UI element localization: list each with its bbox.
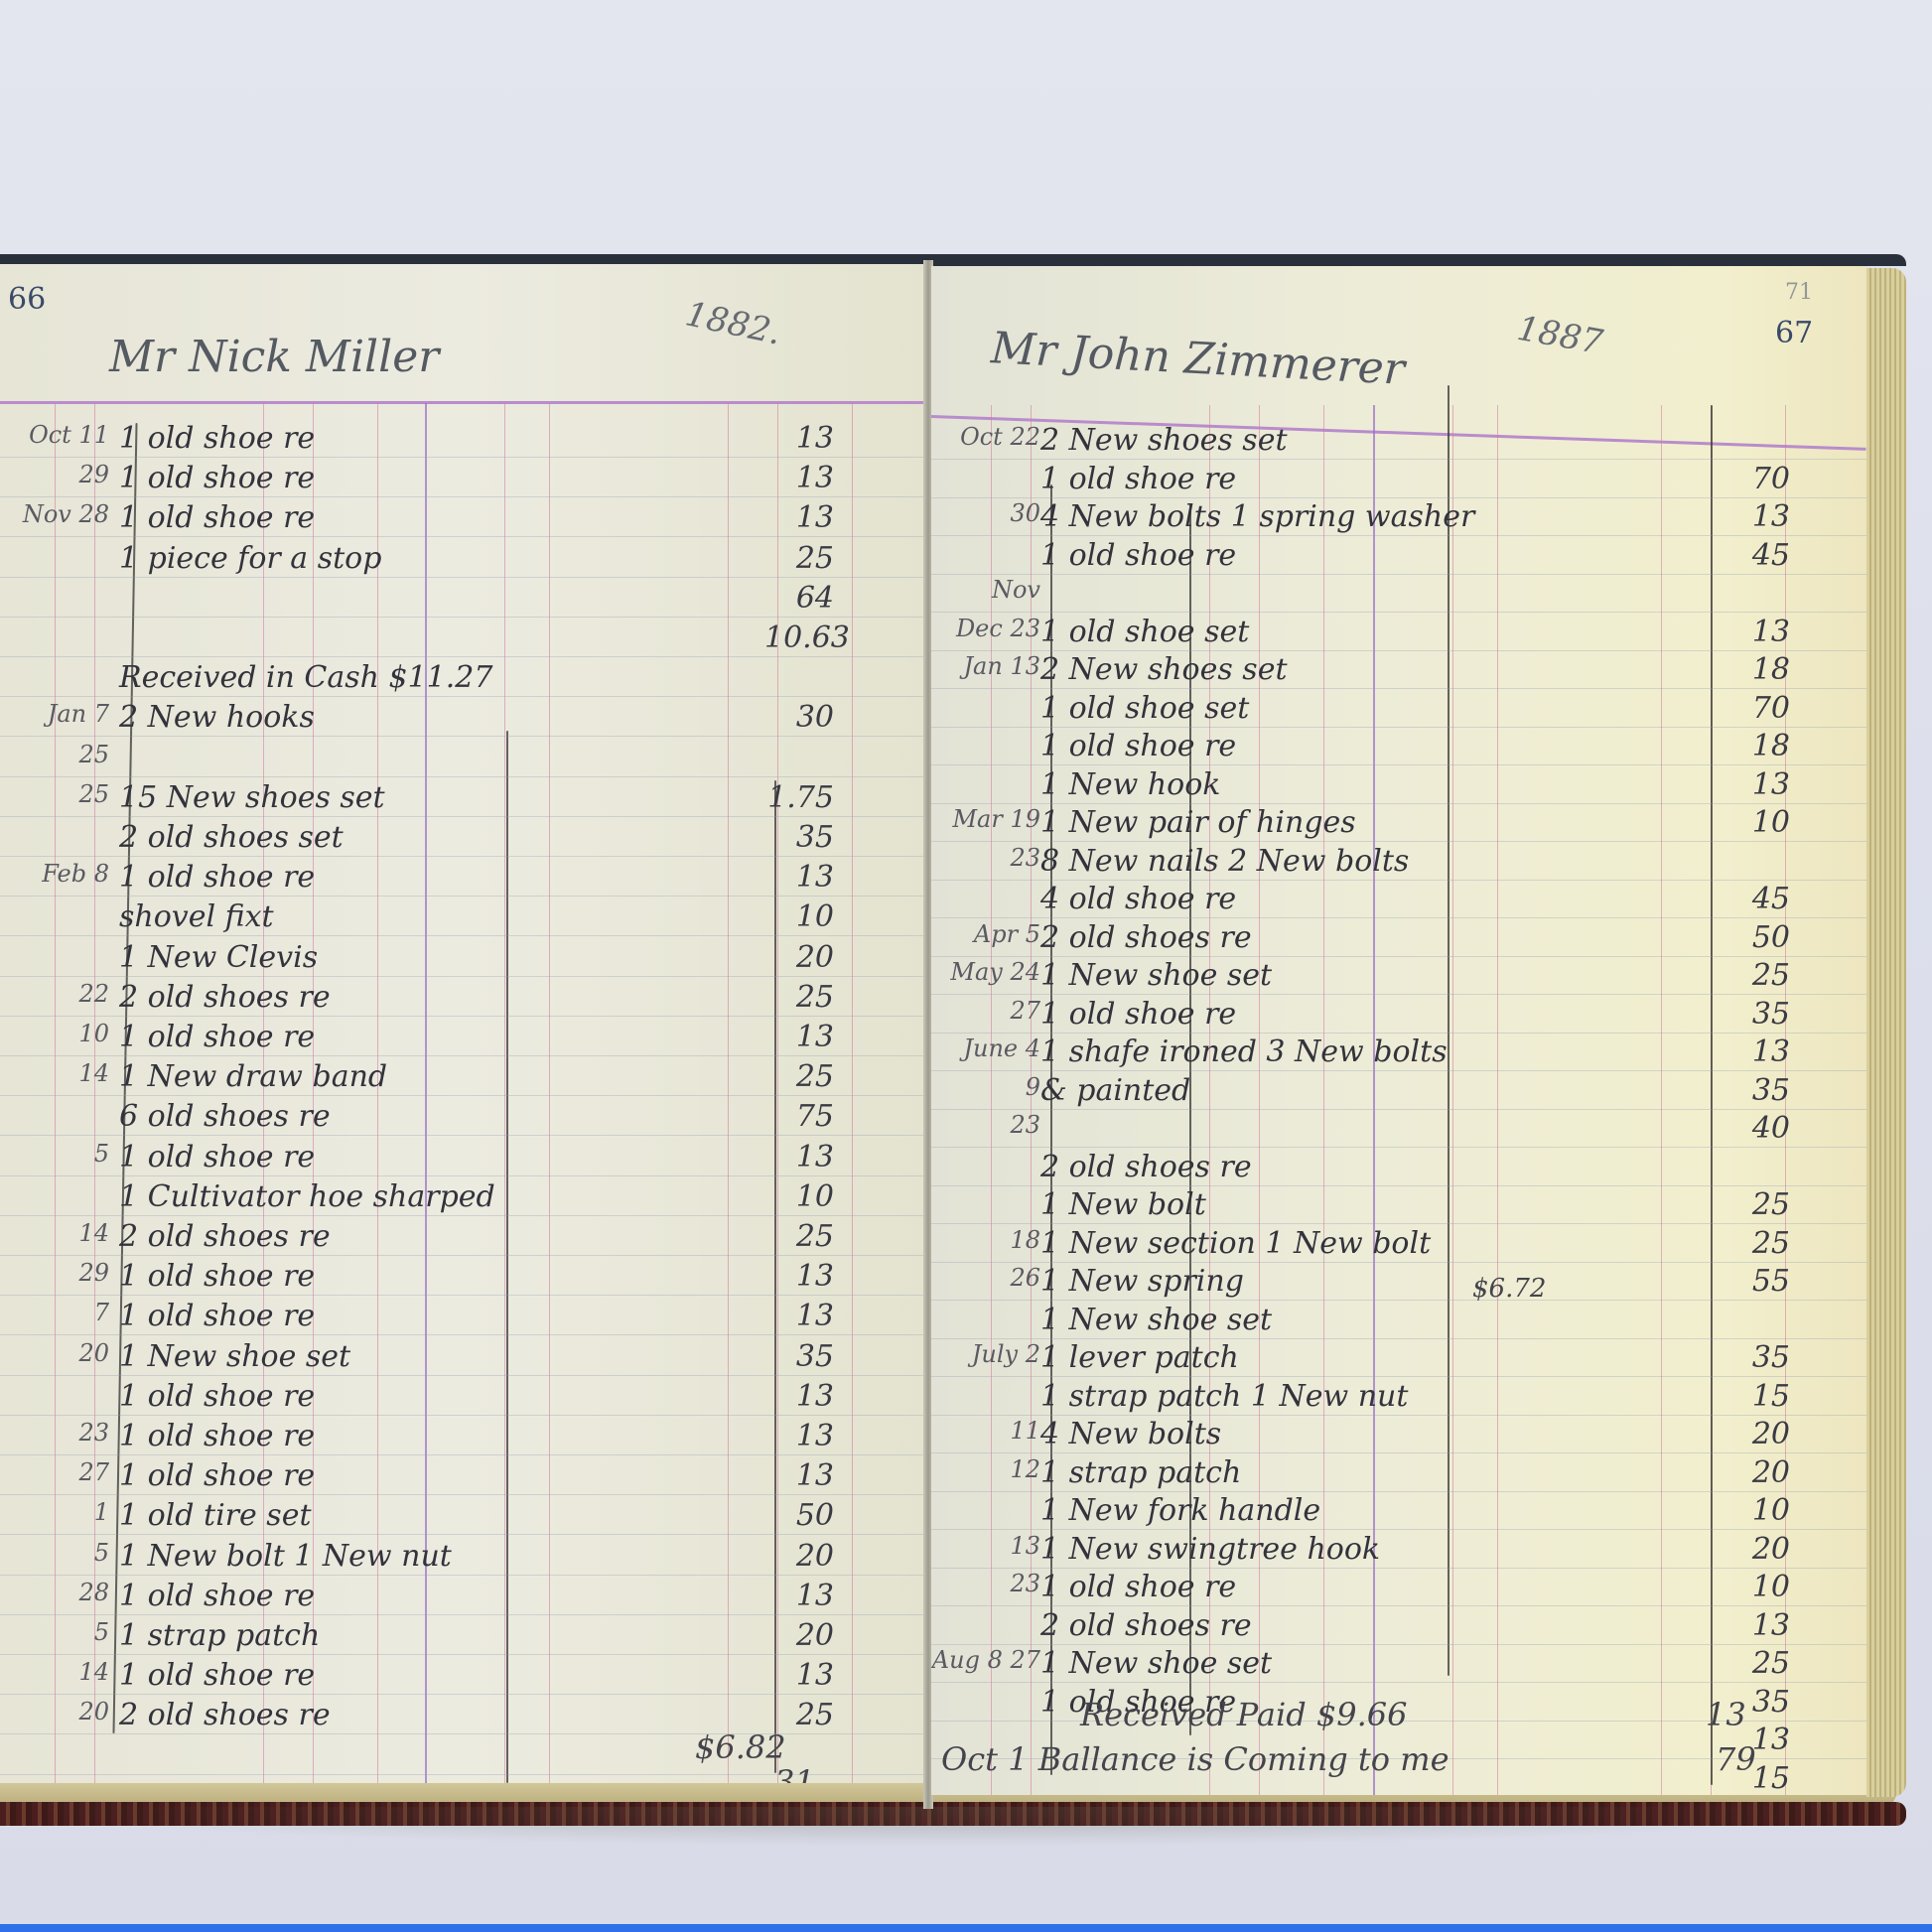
entry-amount: 35 — [764, 820, 834, 855]
entry-date: 26 — [931, 1264, 1040, 1292]
ledger-entry: 291 old shoe re13 — [0, 461, 928, 500]
entry-desc: 1 old shoe re — [119, 1419, 315, 1453]
ledger-entry: 114 New bolts20 — [931, 1417, 1866, 1456]
entry-desc: 1 old shoe re — [119, 421, 315, 456]
entry-amount: 13 — [1721, 767, 1790, 802]
account-name: Mr Nick Miller — [109, 332, 439, 382]
entry-desc: 2 old shoes re — [119, 1698, 331, 1732]
entry-amount: 25 — [764, 1059, 834, 1094]
entry-date: 7 — [0, 1299, 109, 1326]
ledger-entry: 1 strap patch 1 New nut15 — [931, 1379, 1866, 1419]
entry-amount: 13 — [764, 1419, 834, 1453]
entry-desc: 4 old shoe re — [1040, 882, 1236, 916]
ledger-entry: Apr 52 old shoes re50 — [931, 920, 1866, 960]
ledger-entry: 2515 New shoes set1.75 — [0, 780, 928, 820]
entry-desc: 1 New bolt 1 New nut — [119, 1539, 452, 1574]
ledger-entry: 71 old shoe re13 — [0, 1299, 928, 1338]
entry-amount: 20 — [1721, 1417, 1790, 1451]
entry-date: 27 — [931, 997, 1040, 1025]
entry-amount: 13 — [764, 1458, 834, 1493]
ledger-entry: 2 old shoes set35 — [0, 820, 928, 860]
entry-amount: 13 — [764, 1379, 834, 1414]
received-paid: Received Paid $9.66 — [1080, 1696, 1407, 1733]
entry-amount: 13 — [764, 1140, 834, 1174]
ledger-entry: May 241 New shoe set25 — [931, 958, 1866, 998]
entry-amount: 25 — [1721, 1187, 1790, 1222]
entry-desc: 1 old shoe set — [1040, 691, 1249, 726]
entry-amount: 20 — [764, 1539, 834, 1574]
page-number: 66 — [8, 282, 46, 317]
entry-desc: 1 New spring — [1040, 1264, 1244, 1299]
ledger-entry: 11 old tire set50 — [0, 1498, 928, 1538]
entry-desc: 2 old shoes re — [1040, 920, 1252, 955]
entry-desc: 1 lever patch — [1040, 1340, 1239, 1375]
entry-date: 1 — [0, 1498, 109, 1526]
entry-date: 30 — [931, 499, 1040, 527]
entry-desc: 1 old shoe re — [1040, 538, 1236, 573]
entry-amount: 13 — [1721, 1035, 1790, 1069]
ledger-entry: 101 old shoe re13 — [0, 1020, 928, 1059]
ledger-entry: 1 old shoe re45 — [931, 538, 1866, 578]
entry-date: Jan 7 — [0, 700, 109, 728]
entry-desc: 1 New section 1 New bolt — [1040, 1226, 1431, 1261]
entry-desc: 1 New hook — [1040, 767, 1220, 802]
entry-date: 20 — [0, 1698, 109, 1725]
page-number: 67 — [1775, 316, 1813, 350]
entry-amount: 45 — [1721, 538, 1790, 573]
entry-amount: 10.63 — [764, 621, 834, 655]
entry-desc: 1 New shoe set — [1040, 958, 1272, 993]
ledger-entry: 1 New shoe set — [931, 1303, 1866, 1342]
entry-desc: 1 old shoe re — [119, 1658, 315, 1693]
entry-desc: 1 New shoe set — [119, 1339, 350, 1374]
book-shadow — [0, 1807, 1886, 1847]
ledger-entry: 4 old shoe re45 — [931, 882, 1866, 921]
entry-amount: 50 — [764, 1498, 834, 1533]
ledger-entry: 1 piece for a stop25 — [0, 541, 928, 581]
entry-date: Feb 8 — [0, 860, 109, 888]
entry-desc: 2 New shoes set — [1040, 652, 1288, 687]
entry-desc: 1 New shoe set — [1040, 1646, 1272, 1681]
ledger-entry: 281 old shoe re13 — [0, 1579, 928, 1618]
ledger-entry: 121 strap patch20 — [931, 1455, 1866, 1495]
ledger-entry: 51 old shoe re13 — [0, 1140, 928, 1179]
entry-amount: 35 — [764, 1339, 834, 1374]
header-rule — [0, 401, 928, 404]
entry-date: 23 — [931, 844, 1040, 872]
ledger-entry: 10.63 — [0, 621, 928, 660]
entry-desc: 1 strap patch — [1040, 1455, 1241, 1490]
year: 1882. — [682, 294, 785, 352]
ledger-entry: Jan 72 New hooks30 — [0, 700, 928, 740]
total: $6.82 — [695, 1728, 786, 1766]
ledger-entry: June 41 shafe ironed 3 New bolts13 — [931, 1035, 1866, 1074]
entry-desc: 1 old shoe re — [119, 500, 315, 535]
entry-desc: 1 New pair of hinges — [1040, 805, 1356, 840]
ledger-entry: Received in Cash $11.27 — [0, 660, 928, 700]
entry-amount: 25 — [1721, 1226, 1790, 1261]
ledger-entry: 271 old shoe re13 — [0, 1458, 928, 1498]
entry-desc: 1 old shoe re — [119, 1579, 315, 1613]
entry-desc: 1 old shoe re — [1040, 1570, 1236, 1604]
entry-amount: 10 — [1721, 805, 1790, 840]
entry-desc: 1 old shoe re — [119, 1299, 315, 1333]
entry-desc: 2 New shoes set — [1040, 423, 1288, 458]
entry-date: 13 — [931, 1532, 1040, 1560]
entry-amount: 15 — [1721, 1379, 1790, 1414]
entry-desc: 1 New bolt — [1040, 1187, 1206, 1222]
entry-desc: 1 New draw band — [119, 1059, 387, 1094]
entry-desc: 1 piece for a stop — [119, 541, 381, 576]
entry-date: 12 — [931, 1455, 1040, 1483]
entry-amount: 40 — [1721, 1111, 1790, 1146]
entry-desc: 1 New shoe set — [1040, 1303, 1272, 1337]
entry-amount: 55 — [1721, 1264, 1790, 1299]
entry-date: 22 — [0, 980, 109, 1008]
entry-date: 5 — [0, 1539, 109, 1567]
ledger-entry: 131 New swingtree hook20 — [931, 1532, 1866, 1572]
entry-amount: 25 — [764, 980, 834, 1015]
year: 1887 — [1514, 309, 1605, 362]
entry-date: 14 — [0, 1059, 109, 1087]
ledger-entry: Dec 231 old shoe set13 — [931, 615, 1866, 654]
entry-desc: 1 old shoe re — [1040, 729, 1236, 763]
entry-date: 5 — [0, 1140, 109, 1168]
entry-desc: 2 old shoes set — [119, 820, 344, 855]
entry-desc: 6 old shoes re — [119, 1099, 331, 1134]
entry-date: Apr 5 — [931, 920, 1040, 948]
ledger-entry: Feb 81 old shoe re13 — [0, 860, 928, 899]
entry-amount: 13 — [1721, 499, 1790, 534]
balance-amount: 79 — [1716, 1740, 1756, 1778]
entry-amount: 13 — [764, 421, 834, 456]
ledger-entry: 1 Cultivator hoe sharped10 — [0, 1179, 928, 1219]
next-page-number: 71 — [1785, 280, 1813, 305]
entry-amount: 25 — [1721, 958, 1790, 993]
ledger-entry: 238 New nails 2 New bolts — [931, 844, 1866, 884]
ledger-entry: 1 old shoe re70 — [931, 462, 1866, 501]
entry-amount: 20 — [1721, 1455, 1790, 1490]
entry-date: 10 — [0, 1020, 109, 1047]
ledger-entry: Nov — [931, 576, 1866, 616]
entry-date: 28 — [0, 1579, 109, 1606]
entry-date: Aug 8 27 — [931, 1646, 1040, 1674]
received-amount: 13 — [1706, 1696, 1746, 1733]
entry-date: 23 — [931, 1111, 1040, 1139]
entry-date: Dec 23 — [931, 615, 1040, 642]
entry-date: Mar 19 — [931, 805, 1040, 833]
entry-amount: 20 — [764, 1618, 834, 1653]
ledger-entry: shovel fixt10 — [0, 899, 928, 939]
entry-date: 27 — [0, 1458, 109, 1486]
entry-amount: 20 — [764, 940, 834, 975]
ledger-entry: 181 New section 1 New bolt25 — [931, 1226, 1866, 1266]
entry-desc: 1 strap patch — [119, 1618, 320, 1653]
entry-amount: 13 — [764, 1579, 834, 1613]
entry-amount: 13 — [764, 1658, 834, 1693]
entry-date: 20 — [0, 1339, 109, 1367]
ledger-entry: Nov 281 old shoe re13 — [0, 500, 928, 540]
entry-desc: 1 old shoe re — [119, 1259, 315, 1294]
ledger-entry: Jan 132 New shoes set18 — [931, 652, 1866, 692]
page-edges-right — [1866, 268, 1906, 1797]
entry-desc: 1 strap patch 1 New nut — [1040, 1379, 1408, 1414]
entry-amount: 10 — [764, 899, 834, 934]
entry-amount: 70 — [1721, 691, 1790, 726]
ledger-entry: 261 New spring55 — [931, 1264, 1866, 1304]
ledger-entry: Oct 222 New shoes set — [931, 423, 1866, 463]
entry-desc: 1 old shoe re — [119, 461, 315, 495]
entry-date: May 24 — [931, 958, 1040, 986]
entry-amount: 10 — [1721, 1570, 1790, 1604]
entry-amount: 1.75 — [764, 780, 834, 815]
ledger-entry: 1 New Clevis20 — [0, 940, 928, 980]
balance-note: Oct 1 Ballance is Coming to me — [941, 1740, 1449, 1778]
ledger-entry: Oct 111 old shoe re13 — [0, 421, 928, 461]
entry-date: 25 — [0, 741, 109, 768]
entry-desc: Received in Cash $11.27 — [119, 660, 492, 695]
ledger-entry: 9& painted35 — [931, 1073, 1866, 1113]
entry-amount: 20 — [1721, 1532, 1790, 1567]
entry-desc: 2 old shoes re — [119, 980, 331, 1015]
ledger-entry: 1 old shoe re18 — [931, 729, 1866, 768]
entry-amount: 25 — [764, 1219, 834, 1254]
entry-desc: 2 old shoes re — [1040, 1150, 1252, 1184]
ledger-entry: Mar 191 New pair of hinges10 — [931, 805, 1866, 845]
bottom-bar — [0, 1924, 1932, 1932]
ledger-entry: 291 old shoe re13 — [0, 1259, 928, 1299]
ledger-entry: 304 New bolts 1 spring washer13 — [931, 499, 1866, 539]
entry-amount: 13 — [1721, 615, 1790, 649]
entry-amount: 30 — [764, 700, 834, 735]
left-page: 66 1882. Mr Nick Miller Oct 111 old shoe… — [0, 264, 928, 1783]
ledger-entry: 64 — [0, 581, 928, 621]
entry-amount: 35 — [1721, 997, 1790, 1032]
entry-desc: 1 old shoe re — [119, 1140, 315, 1174]
entry-desc: 1 old shoe re — [119, 1379, 315, 1414]
entry-date: Nov 28 — [0, 500, 109, 528]
entry-date: 29 — [0, 1259, 109, 1287]
entry-amount: 45 — [1721, 882, 1790, 916]
ledger-entry: 2340 — [931, 1111, 1866, 1151]
entry-date: Nov — [931, 576, 1040, 604]
entry-desc: & painted — [1040, 1073, 1190, 1108]
ledger-entry: 141 old shoe re13 — [0, 1658, 928, 1698]
entry-amount: 13 — [764, 500, 834, 535]
entry-desc: 1 old shoe re — [119, 860, 315, 895]
deduction: 31 — [774, 1763, 815, 1783]
entry-desc: 1 New swingtree hook — [1040, 1532, 1380, 1567]
ledger-entry: 51 New bolt 1 New nut20 — [0, 1539, 928, 1579]
entry-desc: 2 New hooks — [119, 700, 315, 735]
entry-desc: 1 old shoe re — [1040, 462, 1236, 496]
entry-amount: 25 — [1721, 1646, 1790, 1681]
entry-date: 5 — [0, 1618, 109, 1646]
entry-desc: 1 old shoe re — [119, 1458, 315, 1493]
entry-desc: 1 New fork handle — [1040, 1493, 1320, 1528]
ledger-entry: 51 strap patch20 — [0, 1618, 928, 1658]
entry-amount: 13 — [764, 860, 834, 895]
entry-date: June 4 — [931, 1035, 1040, 1062]
entry-date: July 2 — [931, 1340, 1040, 1368]
entry-amount: 10 — [1721, 1493, 1790, 1528]
entry-date: 18 — [931, 1226, 1040, 1254]
entry-date: Oct 22 — [931, 423, 1040, 451]
entry-date: 9 — [931, 1073, 1040, 1101]
entry-date: Oct 11 — [0, 421, 109, 449]
ledger-entry: 6 old shoes re75 — [0, 1099, 928, 1139]
entry-amount: 13 — [1721, 1608, 1790, 1643]
entry-date: Jan 13 — [931, 652, 1040, 680]
entry-date: 11 — [931, 1417, 1040, 1445]
ledger-entry: July 21 lever patch35 — [931, 1340, 1866, 1380]
ledger-entry: 2 old shoes re — [931, 1150, 1866, 1189]
entry-date: 14 — [0, 1219, 109, 1247]
entry-amount: 70 — [1721, 462, 1790, 496]
ledger-entry: 1 New hook13 — [931, 767, 1866, 807]
right-page: 67 71 1887 Mr John Zimmerer Oct 222 New … — [931, 266, 1866, 1795]
entry-amount: 64 — [764, 581, 834, 616]
entry-date: 29 — [0, 461, 109, 488]
entry-date: 23 — [931, 1570, 1040, 1597]
entry-desc: 15 New shoes set — [119, 780, 385, 815]
entry-date: 14 — [0, 1658, 109, 1686]
ledger-entry: 1 New bolt25 — [931, 1187, 1866, 1227]
ledger-entry: 231 old shoe re13 — [0, 1419, 928, 1458]
entry-desc: 4 New bolts — [1040, 1417, 1221, 1451]
entry-desc: 8 New nails 2 New bolts — [1040, 844, 1409, 879]
entry-amount: 25 — [764, 541, 834, 576]
ledger-entry: 1 New fork handle10 — [931, 1493, 1866, 1533]
ledger-entry: 25 — [0, 741, 928, 780]
entry-desc: shovel fixt — [119, 899, 274, 934]
entry-desc: 1 old tire set — [119, 1498, 312, 1533]
ledger-entry: 1 old shoe re13 — [0, 1379, 928, 1419]
entry-amount: 50 — [1721, 920, 1790, 955]
ledger-entry: 231 old shoe re10 — [931, 1570, 1866, 1609]
ledger-entry: 222 old shoes re25 — [0, 980, 928, 1020]
entry-amount: 13 — [764, 461, 834, 495]
entry-amount: 35 — [1721, 1073, 1790, 1108]
account-name: Mr John Zimmerer — [990, 323, 1406, 395]
entry-desc: 2 old shoes re — [1040, 1608, 1252, 1643]
entry-amount: 13 — [764, 1299, 834, 1333]
entry-desc: 4 New bolts 1 spring washer — [1040, 499, 1474, 534]
entry-desc: 1 New Clevis — [119, 940, 318, 975]
ledger-entry: 141 New draw band25 — [0, 1059, 928, 1099]
entry-amount: 18 — [1721, 729, 1790, 763]
entry-amount: 35 — [1721, 1340, 1790, 1375]
entry-amount: 13 — [764, 1020, 834, 1054]
entry-desc: 1 old shoe set — [1040, 615, 1249, 649]
ledger-entry: 2 old shoes re13 — [931, 1608, 1866, 1648]
entry-amount: 13 — [764, 1259, 834, 1294]
entry-desc: 1 shafe ironed 3 New bolts — [1040, 1035, 1448, 1069]
entry-amount: 75 — [764, 1099, 834, 1134]
ledger-entry: 1 old shoe set70 — [931, 691, 1866, 731]
entry-desc: 1 Cultivator hoe sharped — [119, 1179, 495, 1214]
ledger-entry: 142 old shoes re25 — [0, 1219, 928, 1259]
entry-date: 25 — [0, 780, 109, 808]
ledger-entry: Aug 8 271 New shoe set25 — [931, 1646, 1866, 1686]
entry-amount: 18 — [1721, 652, 1790, 687]
entry-desc: 1 old shoe re — [119, 1020, 315, 1054]
margin-note: $6.72 — [1472, 1274, 1546, 1304]
entry-desc: 1 old shoe re — [1040, 997, 1236, 1032]
ledger-entry: 202 old shoes re25 — [0, 1698, 928, 1737]
entry-desc: 2 old shoes re — [119, 1219, 331, 1254]
entry-date: 23 — [0, 1419, 109, 1447]
ledger-entry: 201 New shoe set35 — [0, 1339, 928, 1379]
ledger-entry: 271 old shoe re35 — [931, 997, 1866, 1036]
entry-amount: 10 — [764, 1179, 834, 1214]
